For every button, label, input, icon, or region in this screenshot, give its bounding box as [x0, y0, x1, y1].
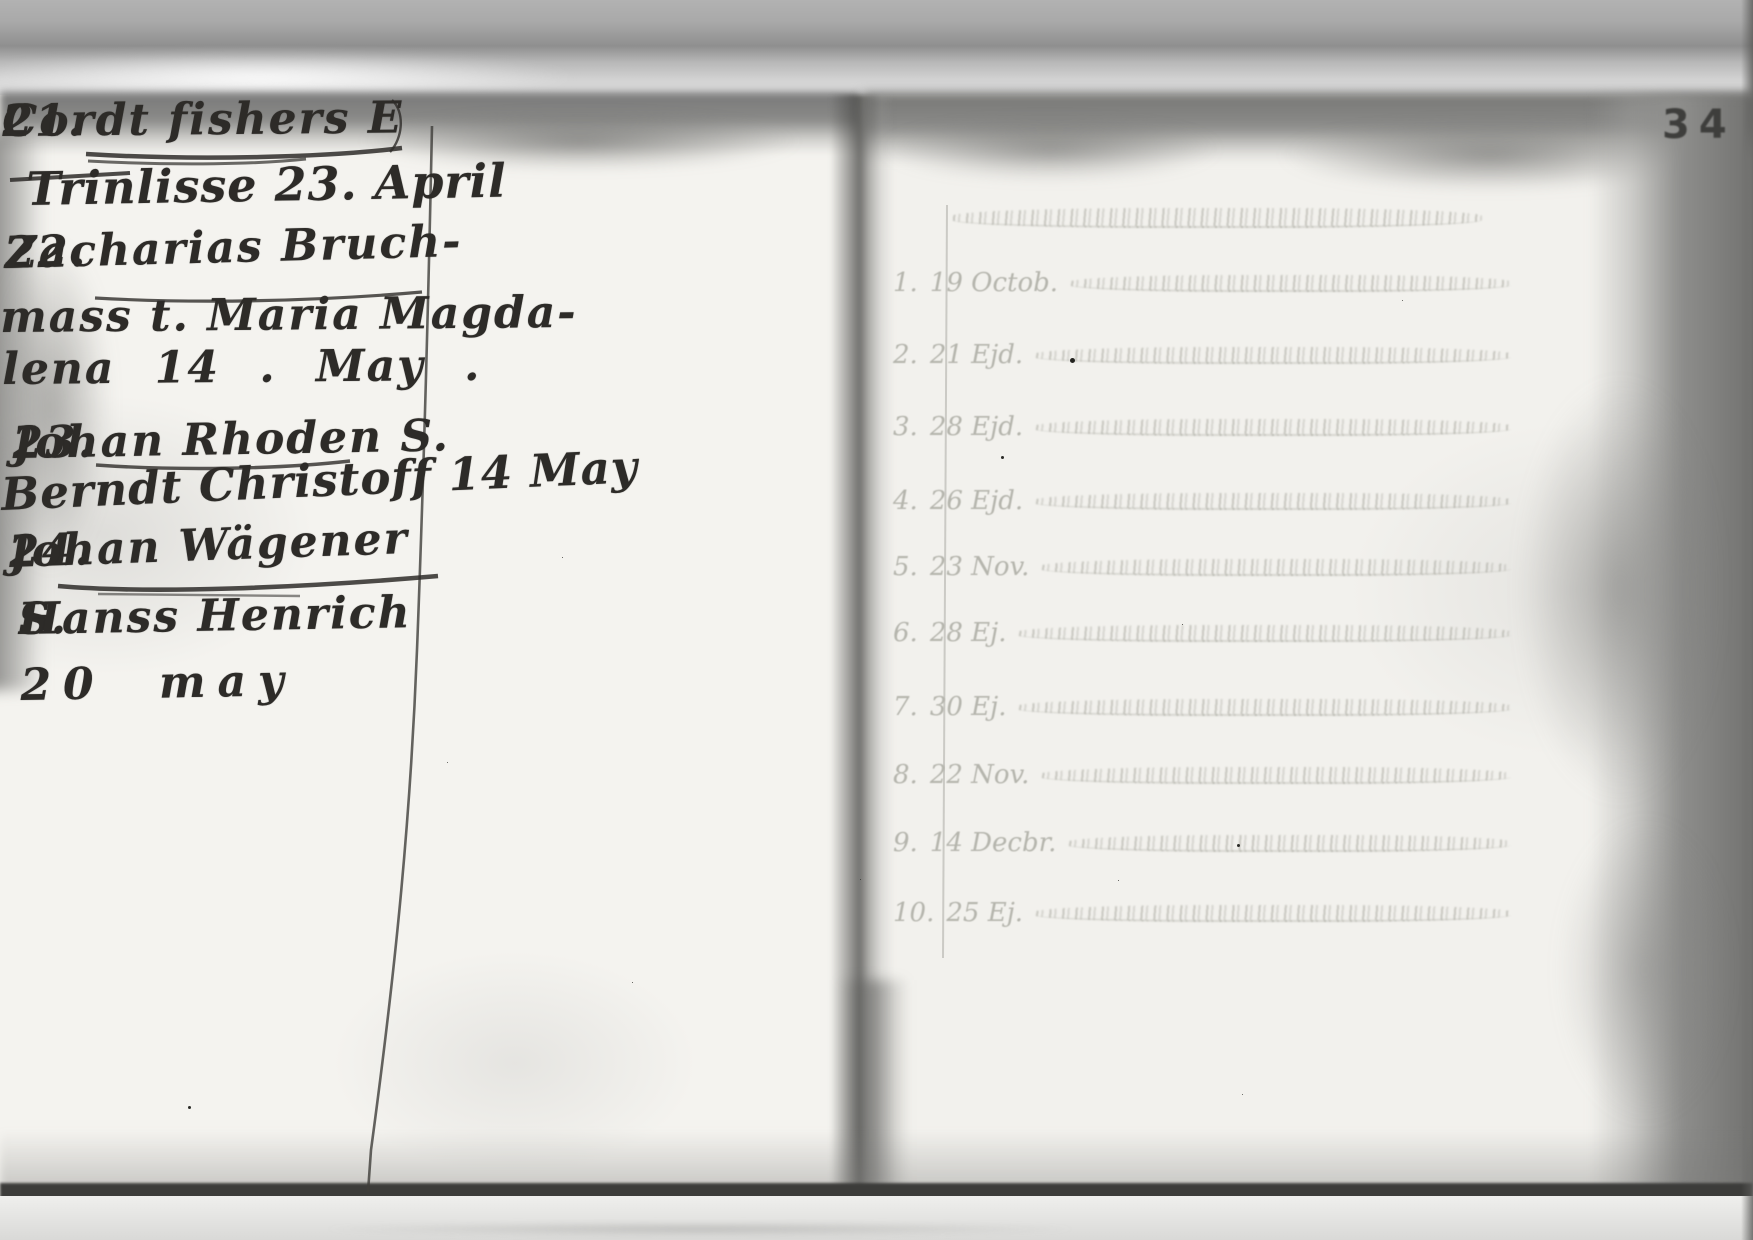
entry-number: 6.: [893, 618, 918, 648]
entry-date-fragment: 28 Ejd.: [930, 412, 1023, 442]
faint-header-line: [952, 208, 1482, 228]
register-entry: 2. 21 Ejd.: [893, 340, 1511, 384]
illegible-script-line: [1018, 699, 1511, 716]
entry-date-fragment: 25 Ej.: [946, 898, 1023, 928]
manuscript-scan: 21. Cordt fishers E Trinlisse 23. April …: [0, 0, 1753, 1240]
illegible-script-line: [1018, 625, 1511, 642]
entry-date-fragment: 26 Ejd.: [930, 486, 1023, 516]
entry-date-fragment: 22 Nov.: [930, 760, 1030, 790]
illegible-script-line: [1035, 493, 1511, 510]
entry-date-fragment: 21 Ejd.: [930, 340, 1023, 370]
manuscript-text: Trinlisse 23. April: [26, 154, 507, 216]
page-bottom-smudge: [0, 1130, 1753, 1188]
entry-number: 10.: [893, 898, 934, 928]
register-entry: 10. 25 Ej.: [893, 898, 1511, 942]
illegible-script-line: [1035, 419, 1511, 436]
illegible-script-line: [952, 208, 1482, 228]
right-page-edge-stain-blob: [1520, 380, 1720, 800]
manuscript-text: Hanss Henrich: [18, 587, 412, 645]
entry-date-fragment: 30 Ej.: [930, 692, 1007, 722]
register-entry: 3. 28 Ejd.: [893, 412, 1511, 456]
page-number: 34: [1662, 102, 1752, 148]
register-entry: 5. 23 Nov.: [893, 552, 1511, 596]
entry-number: 2.: [893, 340, 918, 370]
register-entry: 4. 26 Ejd.: [893, 486, 1511, 530]
entry-date-fragment: 28 Ej.: [930, 618, 1007, 648]
manuscript-text: 20 may: [20, 655, 296, 711]
manuscript-text: mass t. Maria Magda-: [0, 287, 578, 343]
illegible-script-line: [1035, 347, 1511, 364]
entry-number: 9.: [893, 828, 918, 858]
scanner-bottom-smudge: [320, 1222, 1080, 1236]
illegible-script-line: [1070, 275, 1511, 292]
register-entry: 7. 30 Ej.: [893, 692, 1511, 736]
right-page-edge-stain-blob: [1560, 820, 1730, 1120]
entry-number: 1.: [893, 268, 918, 298]
dust-specks: [1070, 358, 1075, 363]
manuscript-text: lena 14 . May .: [2, 340, 482, 395]
manuscript-text: Cordt fishers E: [2, 92, 404, 146]
register-entry: 1. 19 Octob.: [893, 268, 1511, 312]
entry-number: 8.: [893, 760, 918, 790]
register-entry: 9. 14 Decbr.: [893, 828, 1511, 872]
entry-date-fragment: 14 Decbr.: [930, 828, 1057, 858]
entry-number: 5.: [893, 552, 918, 582]
register-entry: 6. 28 Ej.: [893, 618, 1511, 662]
entry-number: 4.: [893, 486, 918, 516]
register-entry: 8. 22 Nov.: [893, 760, 1511, 804]
entry-date-fragment: 23 Nov.: [930, 552, 1030, 582]
illegible-script-line: [1041, 767, 1511, 784]
scan-right-border: [1741, 0, 1753, 1240]
illegible-script-line: [1035, 905, 1511, 922]
entry-number: 3.: [893, 412, 918, 442]
illegible-script-line: [1068, 835, 1511, 852]
entry-number: 7.: [893, 692, 918, 722]
right-page-top-stain-blob: [880, 118, 1220, 180]
entry-date-fragment: 19 Octob.: [930, 268, 1058, 298]
left-page-edge-stain-blob: [0, 240, 110, 570]
illegible-script-line: [1041, 559, 1511, 576]
